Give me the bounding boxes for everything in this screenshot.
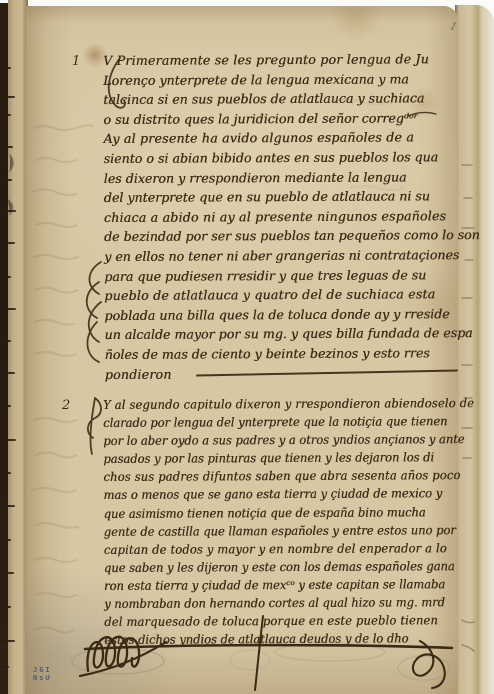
manuscript-scan: 1 1 2 V Primeramente se les pregunto por… (0, 0, 494, 694)
text-line: del ynterprete que en su pueblo de atlat… (104, 186, 460, 207)
text-line: clarado por lengua del ynterprete que la… (103, 412, 438, 432)
text-line: ñoles de mas de ciento y beinte bezinos … (105, 343, 461, 364)
text-line: por lo aber oydo a sus padres y a otros … (103, 430, 438, 450)
text-line: talcinca si en sus pueblos de atlatlauca… (103, 88, 459, 109)
text-line: V Primeramente se les pregunto por lengu… (103, 49, 459, 70)
previous-page-edge (8, 0, 28, 694)
text-line: que asimismo tienen notiçia que de españ… (104, 503, 439, 523)
text-line: y nombraban don hernando cortes al qual … (104, 593, 439, 613)
text-line: Ay al presente ha avido algunos españole… (103, 128, 459, 149)
stamp-line-2: NsU (33, 674, 52, 682)
text-line: pueblo de atlatlauca y quatro del de suc… (104, 284, 460, 305)
text-line: Lorenço ynterprete de la lengua mexicana… (103, 69, 459, 90)
paragraph-2-text: Y al segundo capitulo dixeron y rrespond… (103, 394, 460, 649)
text-line: gente de castilla que llaman españoles y… (104, 521, 439, 541)
text-line: pasados y por las pinturas que tienen y … (103, 449, 438, 469)
text-line: de bezindad por ser sus pueblos tan pequ… (104, 225, 460, 246)
paragraph-1-text: V Primeramente se les pregunto por lengu… (103, 49, 461, 384)
text-line: o su distrito ques la juridicion del señ… (103, 108, 459, 129)
text-line: que saben y les dijeron y este con los d… (104, 557, 439, 577)
collection-stamp: JGI NsU (33, 666, 52, 682)
text-line: chos sus padres difuntos saben que abra … (103, 467, 438, 487)
text-line: para que pudiesen rresidir y que tres le… (104, 265, 460, 286)
folio-number: 1 (449, 19, 459, 33)
next-page-edge (455, 5, 494, 694)
text-line: estos dichos yndios de atlatlauca deudos… (104, 629, 439, 649)
text-line: Y al segundo capitulo dixeron y rrespond… (103, 394, 438, 414)
text-line: siento o si abian bibido antes en sus pu… (104, 147, 460, 168)
manuscript-page: 1 1 2 V Primeramente se les pregunto por… (26, 6, 458, 694)
text-line: mas o menos que se gano esta tierra y çi… (103, 485, 438, 505)
paragraph-2-margin-number: 2 (62, 398, 70, 413)
text-line: les dixeron y rrespondieron mediante la … (104, 167, 460, 188)
text-line: poblada una billa ques la de toluca dond… (104, 304, 460, 325)
text-line: capitan de todos y mayor y en nombre del… (104, 539, 439, 559)
paragraph-1-margin-number: 1 (72, 54, 80, 69)
text-line: ron esta tierra y çiudad de mexᶜᵒ y este… (104, 575, 439, 595)
text-line: un alcalde mayor por su mg. y ques billa… (104, 323, 460, 344)
stamp-line-1: JGI (33, 666, 52, 674)
text-line: del marquesado de toluca porque en este … (104, 611, 439, 631)
text-line: y en ellos no tener ni aber grangerias n… (104, 245, 460, 266)
text-line: chiaca a abido ni ay al presente ninguno… (104, 206, 460, 227)
